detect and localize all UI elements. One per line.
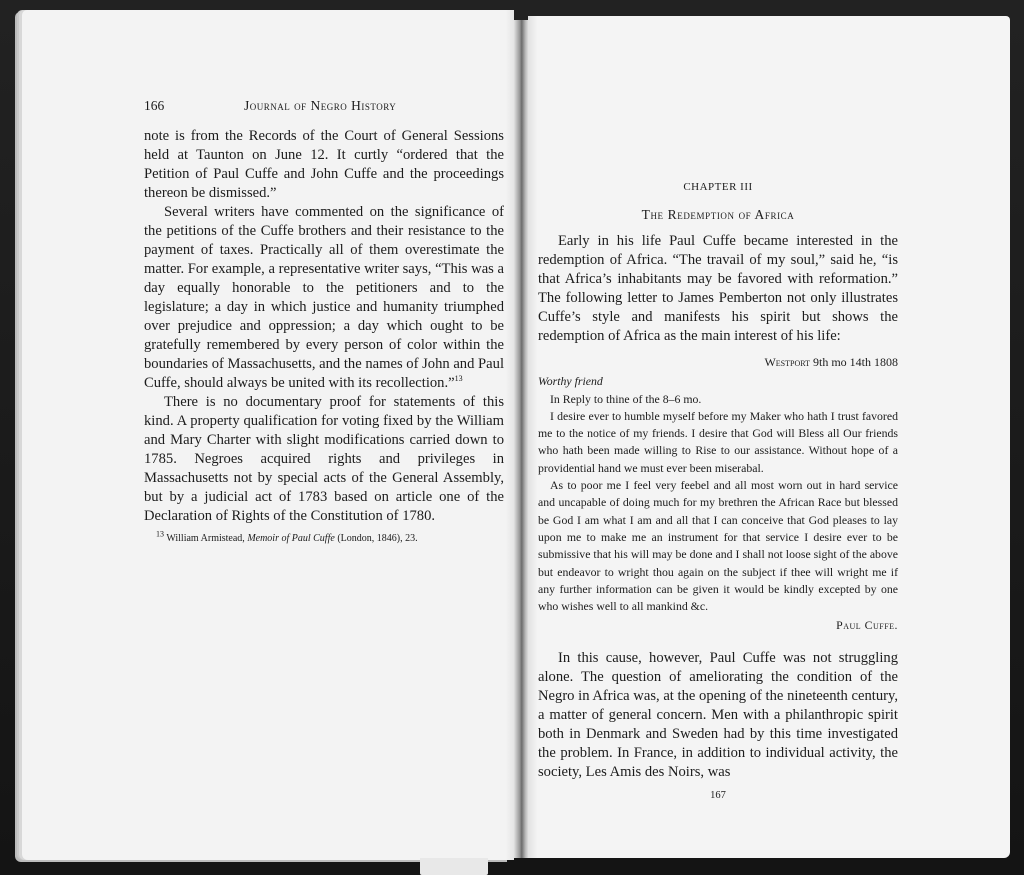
- paragraph: note is from the Records of the Court of…: [144, 127, 504, 203]
- letter-paragraph: As to poor me I feel very feebel and all…: [538, 477, 898, 615]
- footnote-title: Memoir of Paul Cuffe: [247, 533, 335, 544]
- footnote-rest: (London, 1846), 23.: [335, 533, 418, 544]
- dateline-place: Westport: [764, 355, 810, 369]
- journal-title: Journal of Negro History: [244, 96, 396, 115]
- paragraph: There is no documentary proof for statem…: [144, 393, 504, 526]
- paragraph: Several writers have commented on the si…: [144, 203, 504, 393]
- letter-dateline: Westport 9th mo 14th 1808: [538, 354, 898, 371]
- letter-paragraph: In Reply to thine of the 8–6 mo.: [538, 391, 898, 408]
- intro-paragraph: Early in his life Paul Cuffe became inte…: [538, 232, 898, 346]
- letter-paragraph: I desire ever to humble myself before my…: [538, 408, 898, 477]
- book-gutter: [514, 20, 528, 858]
- footnote-ref: 13: [455, 374, 463, 383]
- page-tab-strip: [420, 858, 488, 875]
- letter-signature: Paul Cuffe.: [538, 617, 898, 634]
- right-page-number: 167: [538, 786, 898, 805]
- dateline-date: 9th mo 14th 1808: [810, 355, 898, 369]
- closing-paragraph: In this cause, however, Paul Cuffe was n…: [538, 649, 898, 782]
- footnote: 13 William Armistead, Memoir of Paul Cuf…: [144, 532, 504, 546]
- left-page-text: 166 Journal of Negro History note is fro…: [144, 96, 504, 546]
- footnote-author: William Armistead,: [166, 533, 247, 544]
- paragraph-text: Several writers have commented on the si…: [144, 204, 504, 391]
- running-head: 166 Journal of Negro History: [144, 96, 504, 115]
- letter: Westport 9th mo 14th 1808 Worthy friend …: [538, 354, 898, 635]
- chapter-label: CHAPTER III: [538, 178, 898, 197]
- right-page-text: CHAPTER III The Redemption of Africa Ear…: [538, 178, 898, 805]
- chapter-title: The Redemption of Africa: [538, 205, 898, 224]
- left-page-number: 166: [144, 96, 244, 115]
- letter-salutation: Worthy friend: [538, 373, 898, 390]
- footnote-number: 13: [156, 530, 164, 539]
